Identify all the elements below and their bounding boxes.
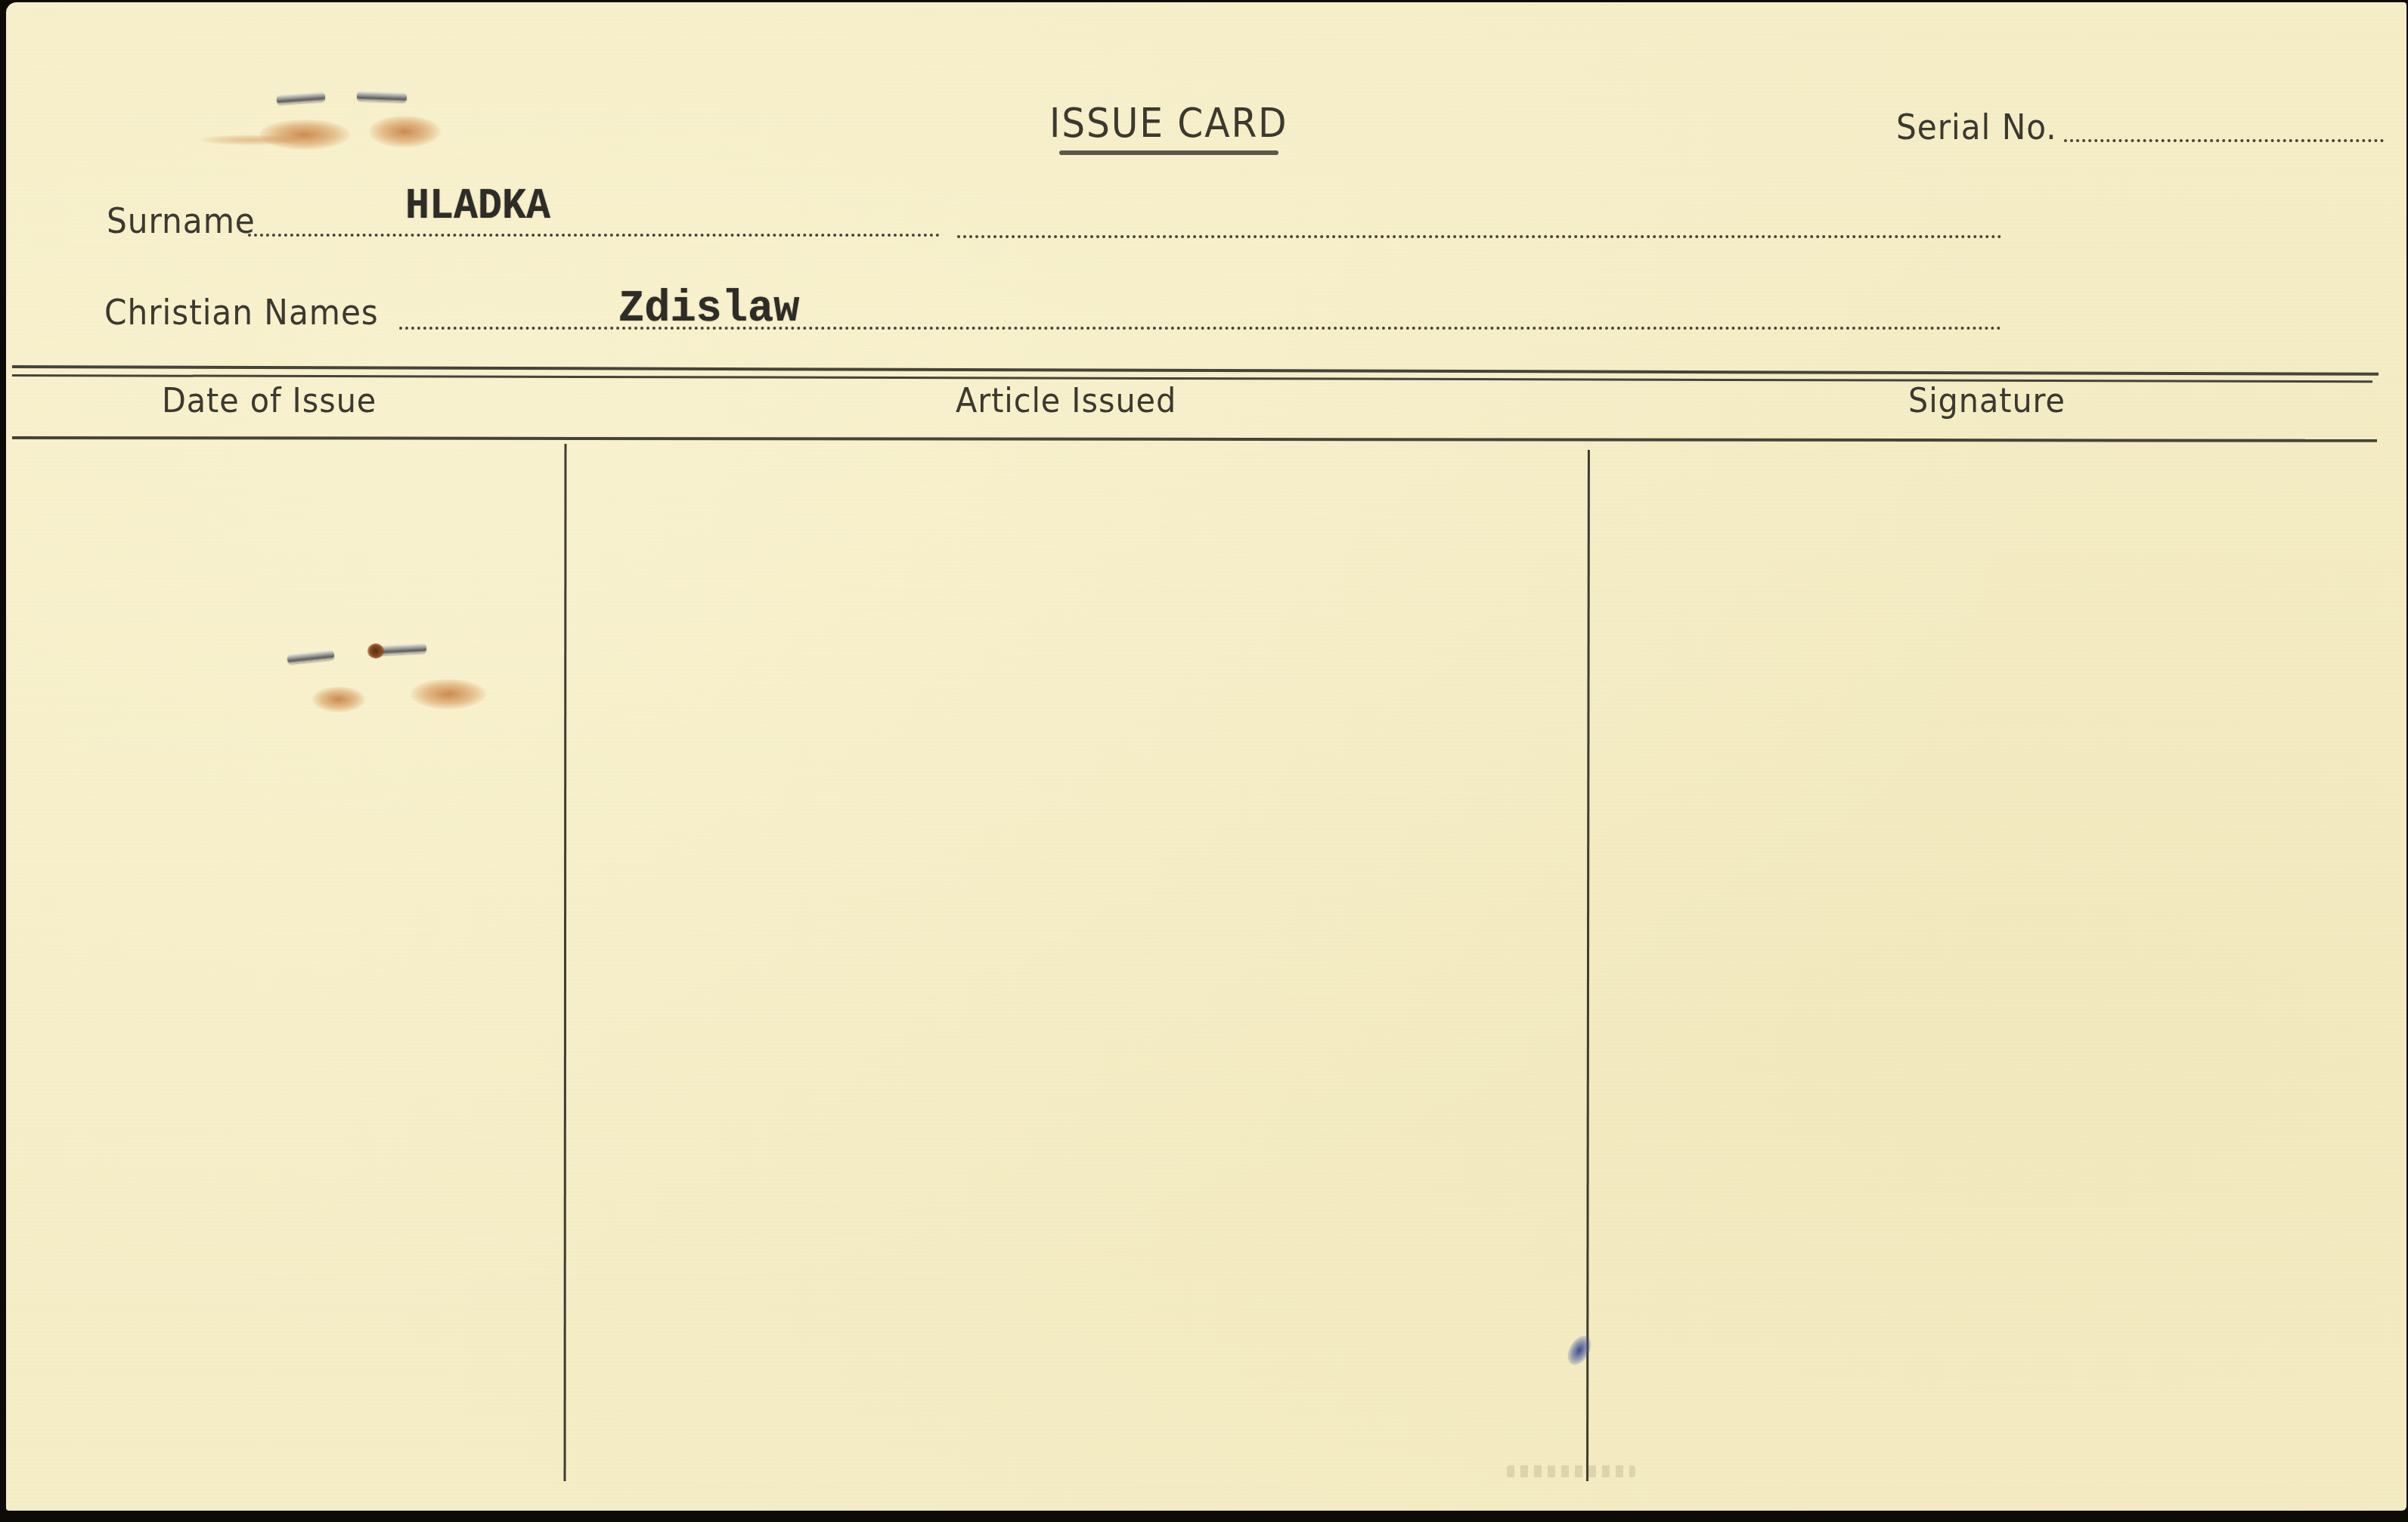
staple-icon xyxy=(277,92,326,104)
rust-spot xyxy=(367,643,384,659)
column-date-of-issue-body[interactable] xyxy=(6,445,562,1480)
column-article-issued-body[interactable] xyxy=(568,445,1585,1480)
column-header-date-of-issue: Date of Issue xyxy=(162,380,377,420)
printer-mark xyxy=(1507,1465,1635,1477)
christian-names-value[interactable]: Zdislaw xyxy=(618,284,799,335)
surname-value[interactable]: HLADKA xyxy=(405,182,550,231)
surname-field-leader xyxy=(248,234,940,237)
serial-number-label: Serial No. xyxy=(1896,107,2057,147)
christian-names-label: Christian Names xyxy=(104,292,379,333)
rust-stain xyxy=(199,135,305,145)
staple-icon xyxy=(357,91,407,102)
header-double-rule-top xyxy=(12,365,2379,376)
serial-number-field[interactable] xyxy=(2064,139,2384,142)
column-signature-body[interactable] xyxy=(1591,445,2377,1480)
rust-stain xyxy=(411,679,486,709)
rust-stain xyxy=(369,116,441,147)
surname-label: Surname xyxy=(107,200,256,241)
column-divider xyxy=(1586,450,1590,1481)
issue-card: ISSUE CARD Serial No. Surname HLADKA Chr… xyxy=(6,2,2406,1511)
surname-field-leader xyxy=(957,235,2002,238)
header-bottom-rule xyxy=(12,436,2377,442)
column-header-signature: Signature xyxy=(1908,380,2066,420)
card-title: ISSUE CARD xyxy=(1049,101,1288,147)
column-header-article-issued: Article Issued xyxy=(956,380,1176,420)
column-divider xyxy=(564,444,567,1481)
title-underline xyxy=(1059,150,1278,155)
rust-stain xyxy=(312,687,365,712)
